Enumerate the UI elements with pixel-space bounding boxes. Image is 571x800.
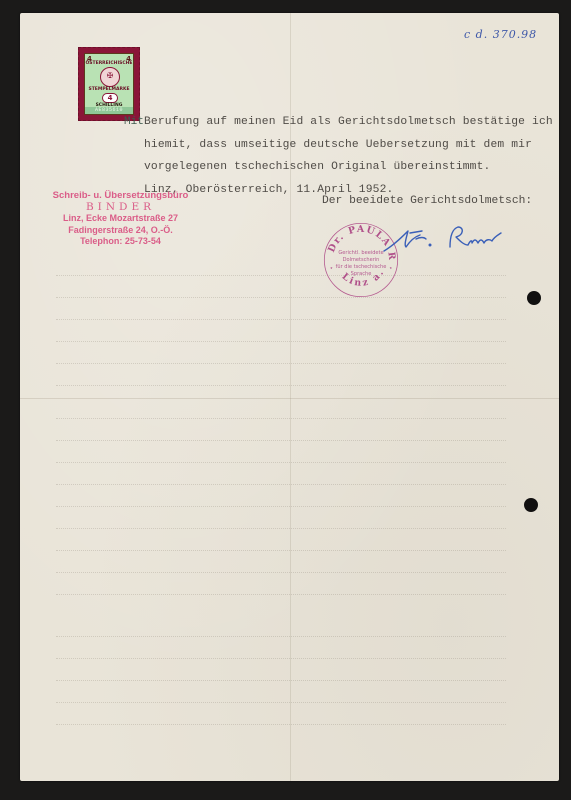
punch-hole [527,291,541,305]
bleed-through-line [56,440,506,442]
translation-office-stamp: Schreib- u. Übersetzungsbüro BINDER Linz… [38,190,203,248]
svg-text:Dolmetscherin: Dolmetscherin [343,257,380,263]
certification-line: hiemit, dass umseitige deutsche Ueberset… [144,134,553,157]
certification-line: vorgelegenen tschechischen Original über… [144,156,553,179]
bleed-through-line [56,506,506,508]
bleed-through-line [56,275,506,277]
office-address: Fadingerstraße 24, O.-Ö. [38,225,203,237]
bleed-through-line [56,658,506,660]
svg-text:*: * [330,266,333,273]
handwritten-reference-note: c d. 370.98 [464,28,537,41]
bleed-through-line [56,418,506,420]
punch-hole [524,498,538,512]
bleed-through-line [56,341,506,343]
office-address: Linz, Ecke Mozartstraße 27 [38,213,203,225]
svg-text:Gerichtl. beeidete: Gerichtl. beeidete [338,250,383,256]
document-page: c d. 370.98 4 4 ÖSTERREICHISCHE ✠ STEMPE… [20,13,559,781]
bleed-through-line [56,636,506,638]
handwritten-signature [380,221,505,261]
svg-text:für die tschechische: für die tschechische [336,264,387,270]
office-name: Schreib- u. Übersetzungsbüro [38,190,203,202]
bleed-through-line [56,363,506,365]
bleed-through-line [56,680,506,682]
bleed-through-line [56,319,506,321]
bleed-through-line [56,297,506,299]
bleed-through-line [56,484,506,486]
horizontal-fold-line [20,398,559,399]
office-firm: BINDER [38,202,203,214]
bleed-through-line [56,550,506,552]
revenue-stamp: 4 4 ÖSTERREICHISCHE ✠ STEMPELMARKE 4 SCH… [78,47,140,121]
stamp-type-text: STEMPELMARKE [85,87,133,92]
svg-text:Sprache: Sprache [351,271,372,277]
eagle-coat-of-arms-icon: ✠ [100,67,120,87]
svg-text:*: * [389,266,392,273]
bleed-through-line [56,594,506,596]
bleed-through-line [56,724,506,726]
bleed-through-line [56,572,506,574]
certification-line: Berufung auf meinen Eid als Gerichtsdolm… [144,111,553,134]
signature-icon [380,221,505,261]
certification-text: Berufung auf meinen Eid als Gerichtsdolm… [144,111,553,201]
bleed-through-line [56,462,506,464]
certification-prefix: Mit [124,111,144,134]
office-phone: Telephon: 25-73-54 [38,236,203,248]
bleed-through-line [56,528,506,530]
signature-label: Der beeidete Gerichtsdolmetsch: [322,195,532,207]
stamp-value: 4 [102,93,118,103]
bleed-through-line [56,702,506,704]
bleed-through-line [56,385,506,387]
stamp-country-text: ÖSTERREICHISCHE [85,61,133,66]
